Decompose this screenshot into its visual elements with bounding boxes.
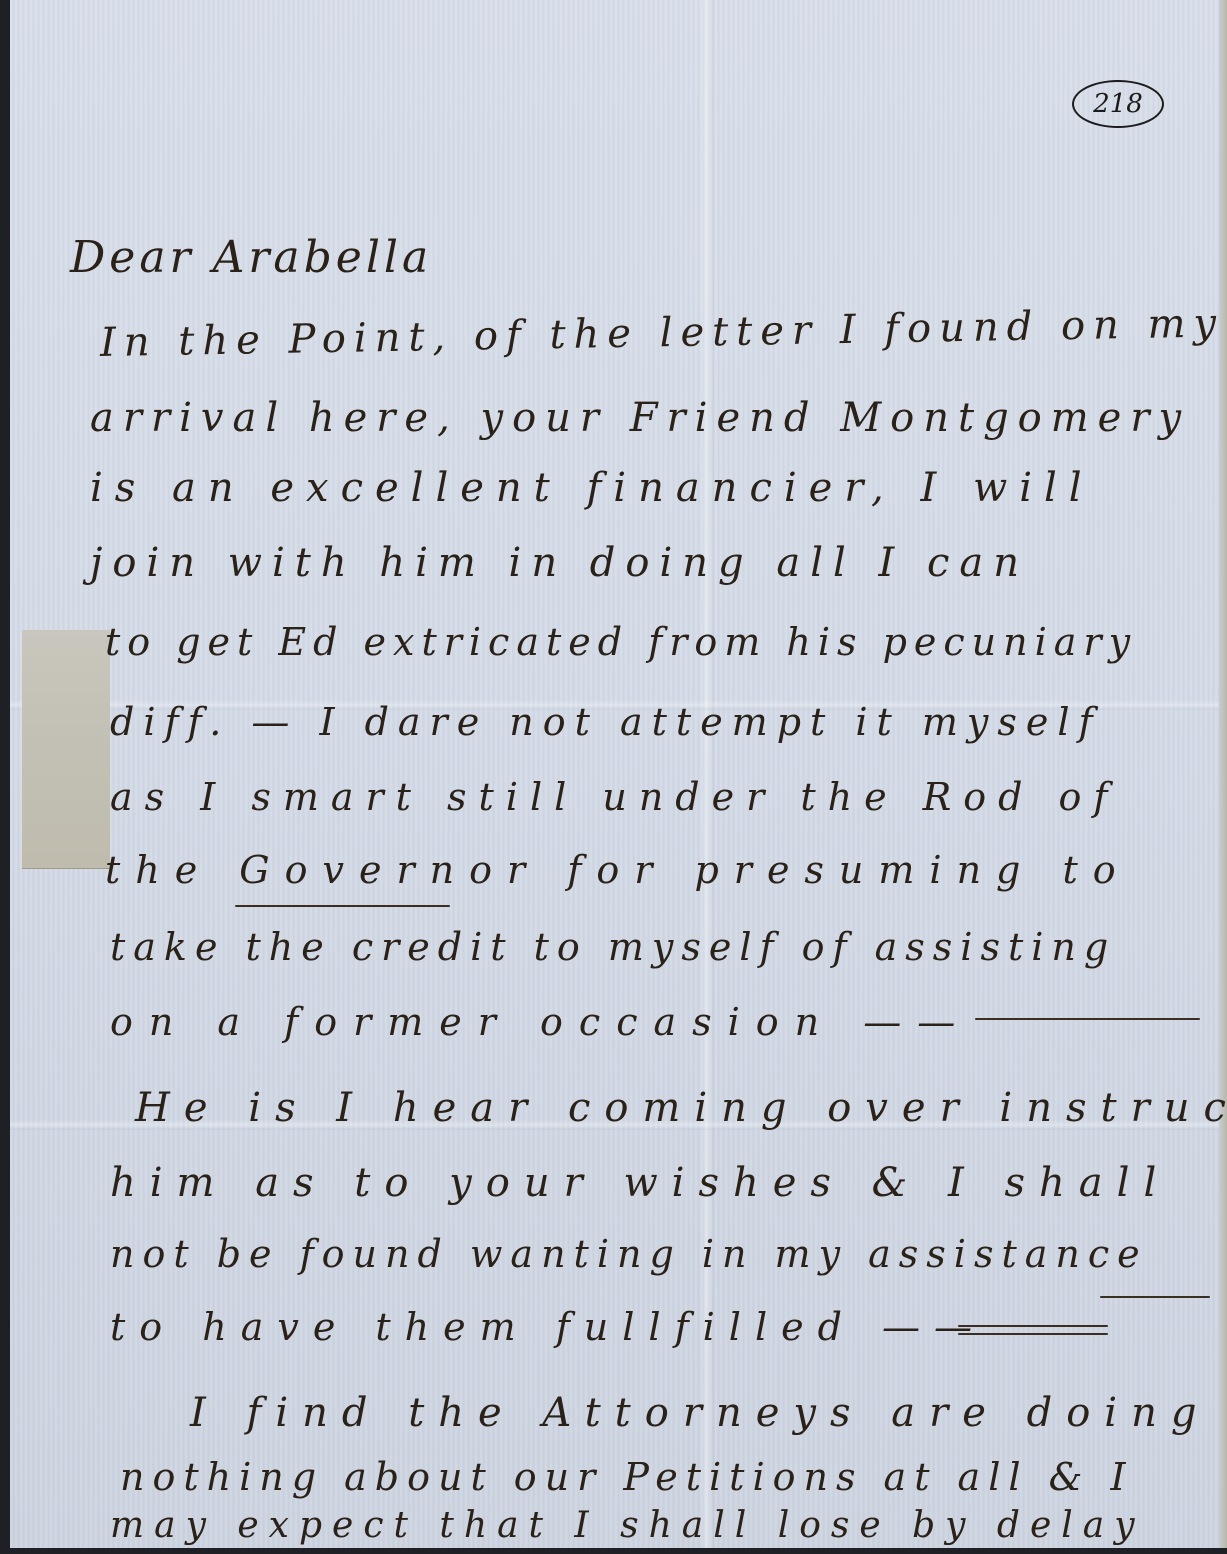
folio-number: 218	[1093, 89, 1143, 119]
letter-line-9: take the credit to myself of assisting	[110, 925, 1116, 969]
folio-number-stamp: 218	[1072, 80, 1164, 128]
underline-governor	[235, 905, 450, 907]
letter-page: 218 Dear Arabella In the Point, of the l…	[10, 0, 1227, 1548]
letter-line-4: join with him in doing all I can	[90, 540, 1029, 586]
letter-line-7: as I smart still under the Rod of	[110, 775, 1120, 819]
closing-dash-rule	[975, 1018, 1200, 1020]
letter-line-8: the Governor for presuming to	[105, 848, 1131, 892]
page-edge	[1219, 0, 1227, 1548]
letter-line-5: to get Ed extricated from his pecuniary	[105, 620, 1137, 664]
letter-line-16: nothing about our Petitions at all & I	[120, 1455, 1134, 1499]
underline-assistance	[1100, 1296, 1210, 1298]
letter-line-6: diff. — I dare not attempt it myself	[110, 700, 1102, 744]
letter-line-1: In the Point, of the letter I found on m…	[100, 300, 1225, 366]
letter-line-17: may expect that I shall lose by delay	[110, 1505, 1145, 1546]
letter-line-14: to have them fullfilled ——	[110, 1305, 986, 1349]
repair-tape-patch	[22, 630, 110, 869]
closing-dash-rule-2	[958, 1325, 1108, 1327]
letter-line-10: on a former occasion ——	[110, 1000, 971, 1044]
letter-line-15: I find the Attorneys are doing	[190, 1390, 1210, 1436]
letter-line-13: not be found wanting in my assistance	[110, 1232, 1148, 1276]
letter-line-12: him as to your wishes & I shall	[110, 1160, 1170, 1206]
letter-line-3: is an excellent financier, I will	[90, 465, 1094, 511]
letter-line-2: arrival here, your Friend Montgomery	[90, 395, 1190, 441]
salutation: Dear Arabella	[70, 232, 432, 283]
letter-line-11: He is I hear coming over instruct	[135, 1085, 1227, 1131]
closing-dash-rule-3	[958, 1333, 1108, 1335]
